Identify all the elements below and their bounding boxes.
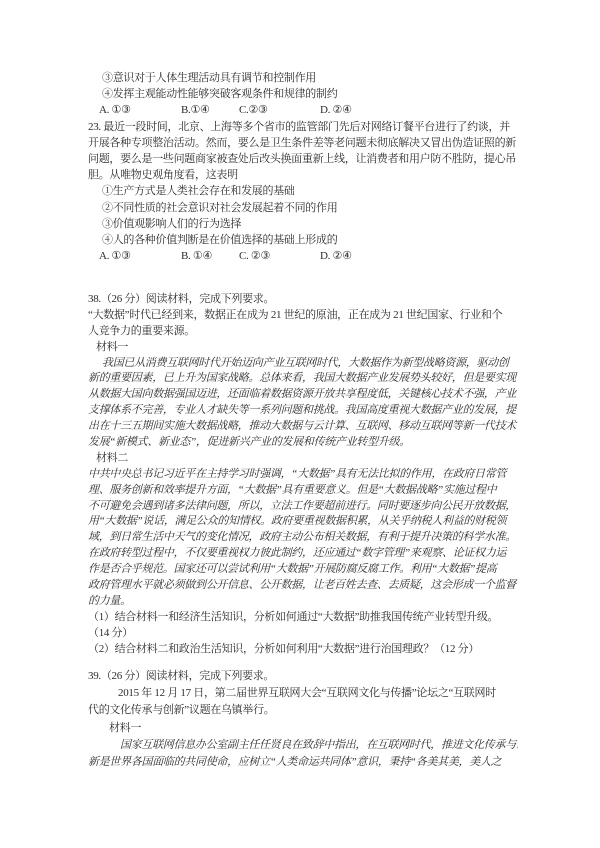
q23-answer-d: D. ②④ bbox=[320, 248, 352, 264]
q23-option-4: ④人的各种价值判断是在价值选择的基础上形成的 bbox=[88, 232, 518, 248]
q38-subquestion-1-score: （14 分） bbox=[88, 626, 518, 642]
question-39-block: 39.（26 分）阅读材料，完成下列要求。 2015 年 12 月 17 日，第… bbox=[88, 668, 518, 771]
q22-answer-a: A. ①③ bbox=[99, 102, 131, 118]
exam-paper-page: ③意识对于人体生理活动具有调节和控制作用 ④发挥主观能动性能够突破客观条件和规律… bbox=[0, 0, 600, 848]
q38-material2-line: 作是否合乎规范。国家还可以尝试利用“大数据”开展防腐反腐工作。利用“大数据”提高 bbox=[88, 562, 518, 578]
q22-option-3: ③意识对于人体生理活动具有调节和控制作用 bbox=[88, 70, 518, 86]
q38-material1-line: 出在十三五期间实施大数据战略，推动大数据与云计算、互联网、移动互联网等新一代技术 bbox=[88, 419, 518, 435]
q23-answer-b: B. ①④ bbox=[181, 248, 212, 264]
q38-material2-label: 材料二 bbox=[88, 451, 518, 467]
q23-answer-a: A. ①③ bbox=[99, 248, 131, 264]
q23-stem-line: 问题，要么是一些问题商家被查处后改头换面重新上线，让消费者和用户防不胜防，提心吊 bbox=[88, 151, 518, 167]
q38-material2-line: 的力量。 bbox=[88, 594, 518, 610]
question-38-block: 38.（26 分）阅读材料，完成下列要求。 “大数据”时代已经到来，数据正在成为… bbox=[88, 292, 518, 657]
q38-subquestion-1: （1）结合材料一和经济生活知识，分析如何通过“大数据”助推我国传统产业转型升级。 bbox=[88, 610, 518, 626]
q38-material2-line: 中共中央总书记习近平在主持学习时强调，“大数据”具有无法比拟的作用，在政府日常管 bbox=[88, 467, 518, 483]
q22-answer-row: A. ①③ B.①④ C.②③ D. ②④ bbox=[88, 102, 518, 118]
q22-answer-d: D. ②④ bbox=[320, 102, 352, 118]
q23-stem-line: 开展各种专项整治活动。然而，要么是卫生条件差等老问题未彻底解决又冒出伪造证照的新 bbox=[88, 135, 518, 151]
q39-material1-line: 新是世界各国面临的共同使命，应树立“人类命运共同体”意识，秉持“各美其美，美人之 bbox=[88, 754, 518, 771]
q39-material1-label: 材料一 bbox=[88, 720, 518, 737]
q38-intro-line: “大数据”时代已经到来，数据正在成为 21 世纪的原油，正在成为 21 世纪国家… bbox=[88, 308, 518, 324]
q38-material1-line: 支撑体系不完善，专业人才缺失等一系列问题和挑战。我国高度重视大数据产业的发展，提 bbox=[88, 403, 518, 419]
q23-stem-line: 胆。从唯物史观角度看，这表明 bbox=[88, 167, 518, 183]
q23-stem-line: 23. 最近一段时间，北京、上海等多个省市的监管部门先后对网络订餐平台进行了约谈… bbox=[88, 119, 518, 135]
q22-option-4: ④发挥主观能动性能够突破客观条件和规律的制约 bbox=[88, 86, 518, 102]
q39-material1-line: 国家互联网信息办公室副主任任贤良在致辞中指出，在互联网时代，推进文化传承与创 bbox=[88, 737, 518, 754]
q38-material2-line: 政府管理水平就必须做到公开信息、公开数据，让老百姓去查、去质疑，这会形成一个监督 bbox=[88, 578, 518, 594]
q23-answer-c: C. ②③ bbox=[239, 248, 270, 264]
q23-answer-row: A. ①③ B. ①④ C. ②③ D. ②④ bbox=[88, 248, 518, 264]
q23-option-1: ①生产方式是人类社会存在和发展的基础 bbox=[88, 183, 518, 199]
q39-header: 39.（26 分）阅读材料，完成下列要求。 bbox=[88, 668, 518, 685]
q38-subquestion-2: （2）结合材料二和政治生活知识，分析如何利用“大数据”进行治国理政？（12 分） bbox=[88, 642, 518, 658]
q38-material1-line: 从数据大国向数据强国迈进，还面临着数据资源开放共享程度低，关键核心技术不强，产业 bbox=[88, 387, 518, 403]
q38-material1-line: 我国已从消费互联网时代开始迈向产业互联网时代，大数据作为新型战略资源，驱动创 bbox=[88, 356, 518, 372]
question-22-23-block: ③意识对于人体生理活动具有调节和控制作用 ④发挥主观能动性能够突破客观条件和规律… bbox=[88, 70, 518, 264]
q38-material1-label: 材料一 bbox=[88, 340, 518, 356]
q23-option-3: ③价值观影响人们的行为选择 bbox=[88, 216, 518, 232]
q38-material1-line: 发展“新模式、新业态”，促进新兴产业的发展和传统产业转型升级。 bbox=[88, 435, 518, 451]
q39-intro-line: 代的文化传承与创新”议题在乌镇举行。 bbox=[88, 702, 518, 719]
q23-option-2: ②不同性质的社会意识对社会发展起着不同的作用 bbox=[88, 200, 518, 216]
q22-answer-b: B.①④ bbox=[181, 102, 210, 118]
q38-material2-line: 在政府转型过程中，不仅要重视权力彼此制约，还应通过“数字管理”来观察、论证权力运 bbox=[88, 546, 518, 562]
q22-answer-c: C.②③ bbox=[239, 102, 268, 118]
q38-header: 38.（26 分）阅读材料，完成下列要求。 bbox=[88, 292, 518, 308]
q38-material2-line: 域，到日常生活中天气的变化情况，政府主动公布相关数据，有利于提升决策的科学水准。 bbox=[88, 530, 518, 546]
q39-intro-line: 2015 年 12 月 17 日，第二届世界互联网大会“互联网文化与传播”论坛之… bbox=[88, 685, 518, 702]
q38-material2-line: 理、服务创新和效率提升方面，“大数据”具有重要意义。但是“大数据战略”实施过程中 bbox=[88, 483, 518, 499]
q38-intro-line: 人竞争力的重要来源。 bbox=[88, 324, 518, 340]
q38-material2-line: 不可避免会遇到诸多法律问题，所以，立法工作要超前进行。同时要逐步向公民开放数据， bbox=[88, 499, 518, 515]
q38-material1-line: 新的重要因素，已上升为国家战略。总体来看，我国大数据产业发展势头较好，但是要实现 bbox=[88, 371, 518, 387]
q38-material2-line: 用“大数据”说话，满足公众的知情权。政府要重视数据积累，从关乎纳税人利益的财税领 bbox=[88, 514, 518, 530]
